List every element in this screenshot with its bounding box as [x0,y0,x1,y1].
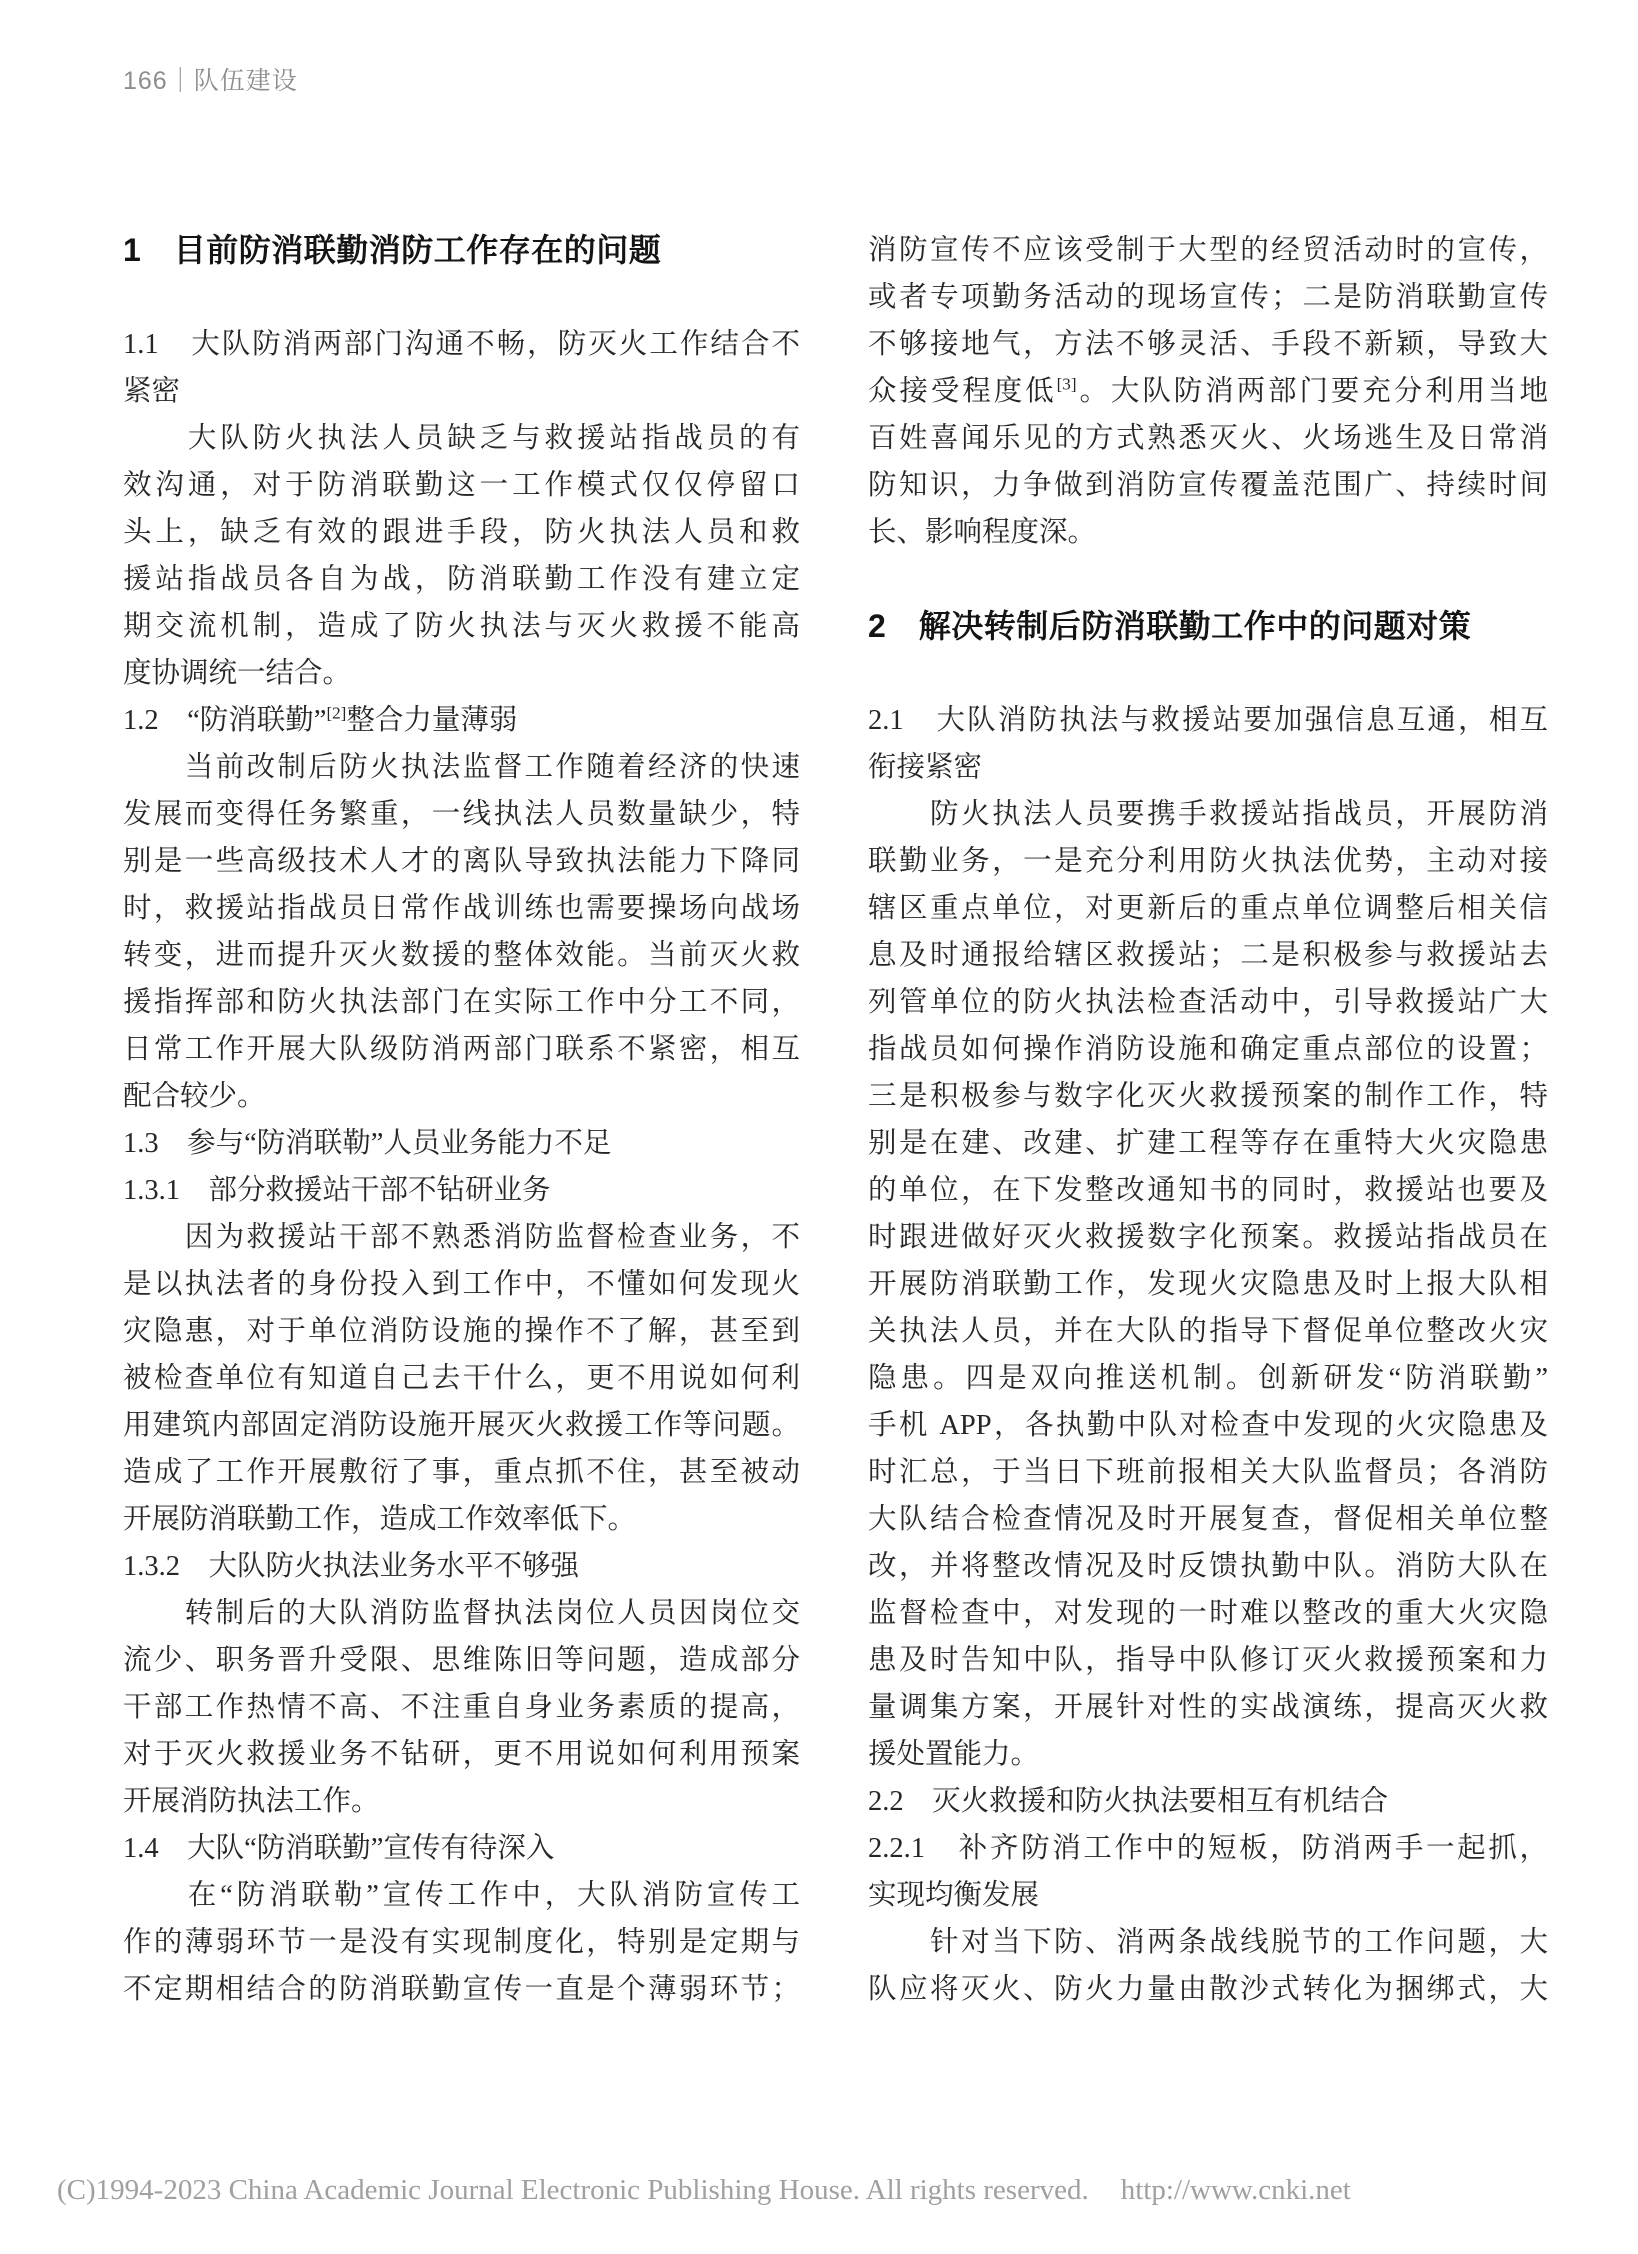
text-line: 时，救援站指战员日常作战训练也需要操场向战场 [123,885,800,932]
text-line: 被检查单位有知道自己去干什么，更不用说如何利 [123,1355,800,1402]
text-line: 在“防消联勒”宣传工作中，大队消防宣传工 [123,1872,800,1919]
blank-line [868,650,1548,697]
page-footer: (C)1994-2023 China Academic Journal Elec… [57,2170,1351,2210]
text-line: 不定期相结合的防消联勤宣传一直是个薄弱环节； [123,1966,800,2013]
text-line: 大队防火执法人员缺乏与救援站指战员的有 [123,415,800,462]
text-line: 援指挥部和防火执法部门在实际工作中分工不同， [123,979,800,1026]
text-line: 改，并将整改情况及时反馈执勤中队。消防大队在 [868,1543,1548,1590]
text-line: 辖区重点单位，对更新后的重点单位调整后相关信 [868,885,1548,932]
text-line: 1.3.1 部分救援站干部不钻研业务 [123,1167,800,1214]
text-line: 作的薄弱环节一是没有实现制度化，特别是定期与 [123,1919,800,1966]
text-line: 不够接地气，方法不够灵活、手段不新颖，导致大 [868,321,1548,368]
text-line: 指战员如何操作消防设施和确定重点部位的设置； [868,1026,1548,1073]
text-line: 量调集方案，开展针对性的实战演练，提高灭火救 [868,1684,1548,1731]
text-line: 防火执法人员要携手救援站指战员，开展防消 [868,791,1548,838]
text-line: 1.3.2 大队防火执法业务水平不够强 [123,1543,800,1590]
text-line: 时跟进做好灭火救援数字化预案。救援站指战员在 [868,1214,1548,1261]
text-line: 造成了工作开展敷衍了事，重点抓不住，甚至被动 [123,1449,800,1496]
page-header: 166｜队伍建设 [123,64,298,98]
text-line: 百姓喜闻乐见的方式熟悉灭火、火场逃生及日常消 [868,415,1548,462]
page-number-and-section: 166｜队伍建设 [123,67,298,95]
blank-line [868,556,1548,603]
text-line: 用建筑内部固定消防设施开展灭火救援工作等问题。 [123,1402,800,1449]
text-line: 转变，进而提升灭火数援的整体效能。当前灭火救 [123,932,800,979]
text-line: 当前改制后防火执法监督工作随着经济的快速 [123,744,800,791]
text-line: 联勤业务，一是充分利用防火执法优势，主动对接 [868,838,1548,885]
text-line: 2.2.1 补齐防消工作中的短板，防消两手一起抓， [868,1825,1548,1872]
text-line: 众接受程度低[3]。大队防消两部门要充分利用当地 [868,368,1548,415]
text-line: 日常工作开展大队级防消两部门联系不紧密，相互 [123,1026,800,1073]
text-line: 发展而变得任务繁重，一线执法人员数量缺少，特 [123,791,800,838]
text-line: 队应将灭火、防火力量由散沙式转化为捆绑式，大 [868,1966,1548,2013]
text-line: 列管单位的防火执法检查活动中，引导救援站广大 [868,979,1548,1026]
reference-marker: [3] [1057,375,1077,394]
blank-line [123,274,800,321]
text-line: 患及时告知中队，指导中队修订灭火救援预案和力 [868,1637,1548,1684]
text-line: 援处置能力。 [868,1731,1548,1778]
cnki-url: http://www.cnki.net [1121,2174,1351,2206]
text-line: 效沟通，对于防消联勤这一工作模式仅仅停留口 [123,462,800,509]
section-heading: 2 解决转制后防消联勤工作中的问题对策 [868,603,1548,650]
text-line: 2.1 大队消防执法与救援站要加强信息互通，相互 [868,697,1548,744]
text-line: 手机 APP，各执勤中队对检查中发现的火灾隐患及 [868,1402,1548,1449]
text-line: 息及时通报给辖区救援站；二是积极参与救援站去 [868,932,1548,979]
text-line: 开展防消联勤工作，发现火灾隐患及时上报大队相 [868,1261,1548,1308]
text-line: 大队结合检查情况及时开展复查，督促相关单位整 [868,1496,1548,1543]
copyright-text: (C)1994-2023 China Academic Journal Elec… [57,2174,1089,2206]
text-line: 转制后的大队消防监督执法岗位人员因岗位交 [123,1590,800,1637]
text-line: 1.1 大队防消两部门沟通不畅，防灭火工作结合不 [123,321,800,368]
text-line: 实现均衡发展 [868,1872,1548,1919]
text-line: 对于灭火救援业务不钻研，更不用说如何利用预案 [123,1731,800,1778]
text-line: 期交流机制，造成了防火执法与灭火救援不能高 [123,603,800,650]
text-line: 1.4 大队“防消联勤”宣传有待深入 [123,1825,800,1872]
text-line: 开展防消联勤工作，造成工作效率低下。 [123,1496,800,1543]
text-line: 流少、职务晋升受限、思维陈旧等问题，造成部分 [123,1637,800,1684]
text-line: 因为救援站干部不熟悉消防监督检查业务，不 [123,1214,800,1261]
right-text-column: 消防宣传不应该受制于大型的经贸活动时的宣传，或者专项勤务活动的现场宣传；二是防消… [868,227,1548,2013]
text-line: 紧密 [123,368,800,415]
text-line: 别是在建、改建、扩建工程等存在重特大火灾隐患 [868,1120,1548,1167]
text-line: 针对当下防、消两条战线脱节的工作问题，大 [868,1919,1548,1966]
section-heading: 1 目前防消联勤消防工作存在的问题 [123,227,800,274]
text-line: 配合较少。 [123,1073,800,1120]
text-line: 援站指战员各自为战，防消联勤工作没有建立定 [123,556,800,603]
left-text-column: 1 目前防消联勤消防工作存在的问题1.1 大队防消两部门沟通不畅，防灭火工作结合… [123,227,800,2013]
text-line: 是以执法者的身份投入到工作中，不懂如何发现火 [123,1261,800,1308]
text-line: 1.3 参与“防消联勒”人员业务能力不足 [123,1120,800,1167]
text-line: 时汇总，于当日下班前报相关大队监督员；各消防 [868,1449,1548,1496]
text-line: 消防宣传不应该受制于大型的经贸活动时的宣传， [868,227,1548,274]
text-line: 长、影响程度深。 [868,509,1548,556]
reference-marker: [2] [326,704,346,723]
text-line: 1.2 “防消联勤”[2]整合力量薄弱 [123,697,800,744]
text-line: 的单位，在下发整改通知书的同时，救援站也要及 [868,1167,1548,1214]
text-line: 或者专项勤务活动的现场宣传；二是防消联勤宣传 [868,274,1548,321]
text-line: 监督检查中，对发现的一时难以整改的重大火灾隐 [868,1590,1548,1637]
text-line: 开展消防执法工作。 [123,1778,800,1825]
text-line: 三是积极参与数字化灭火救援预案的制作工作，特 [868,1073,1548,1120]
text-line: 干部工作热情不高、不注重自身业务素质的提高， [123,1684,800,1731]
text-line: 防知识，力争做到消防宣传覆盖范围广、持续时间 [868,462,1548,509]
document-page: 166｜队伍建设 1 目前防消联勤消防工作存在的问题1.1 大队防消两部门沟通不… [0,0,1638,2254]
text-line: 隐患。四是双向推送机制。创新研发“防消联勤” [868,1355,1548,1402]
text-line: 头上，缺乏有效的跟进手段，防火执法人员和救 [123,509,800,556]
text-line: 衔接紧密 [868,744,1548,791]
text-line: 灾隐惠，对于单位消防设施的操作不了解，甚至到 [123,1308,800,1355]
text-line: 别是一些高级技术人才的离队导致执法能力下降同 [123,838,800,885]
text-line: 关执法人员，并在大队的指导下督促单位整改火灾 [868,1308,1548,1355]
text-line: 2.2 灭火救援和防火执法要相互有机结合 [868,1778,1548,1825]
text-line: 度协调统一结合。 [123,650,800,697]
